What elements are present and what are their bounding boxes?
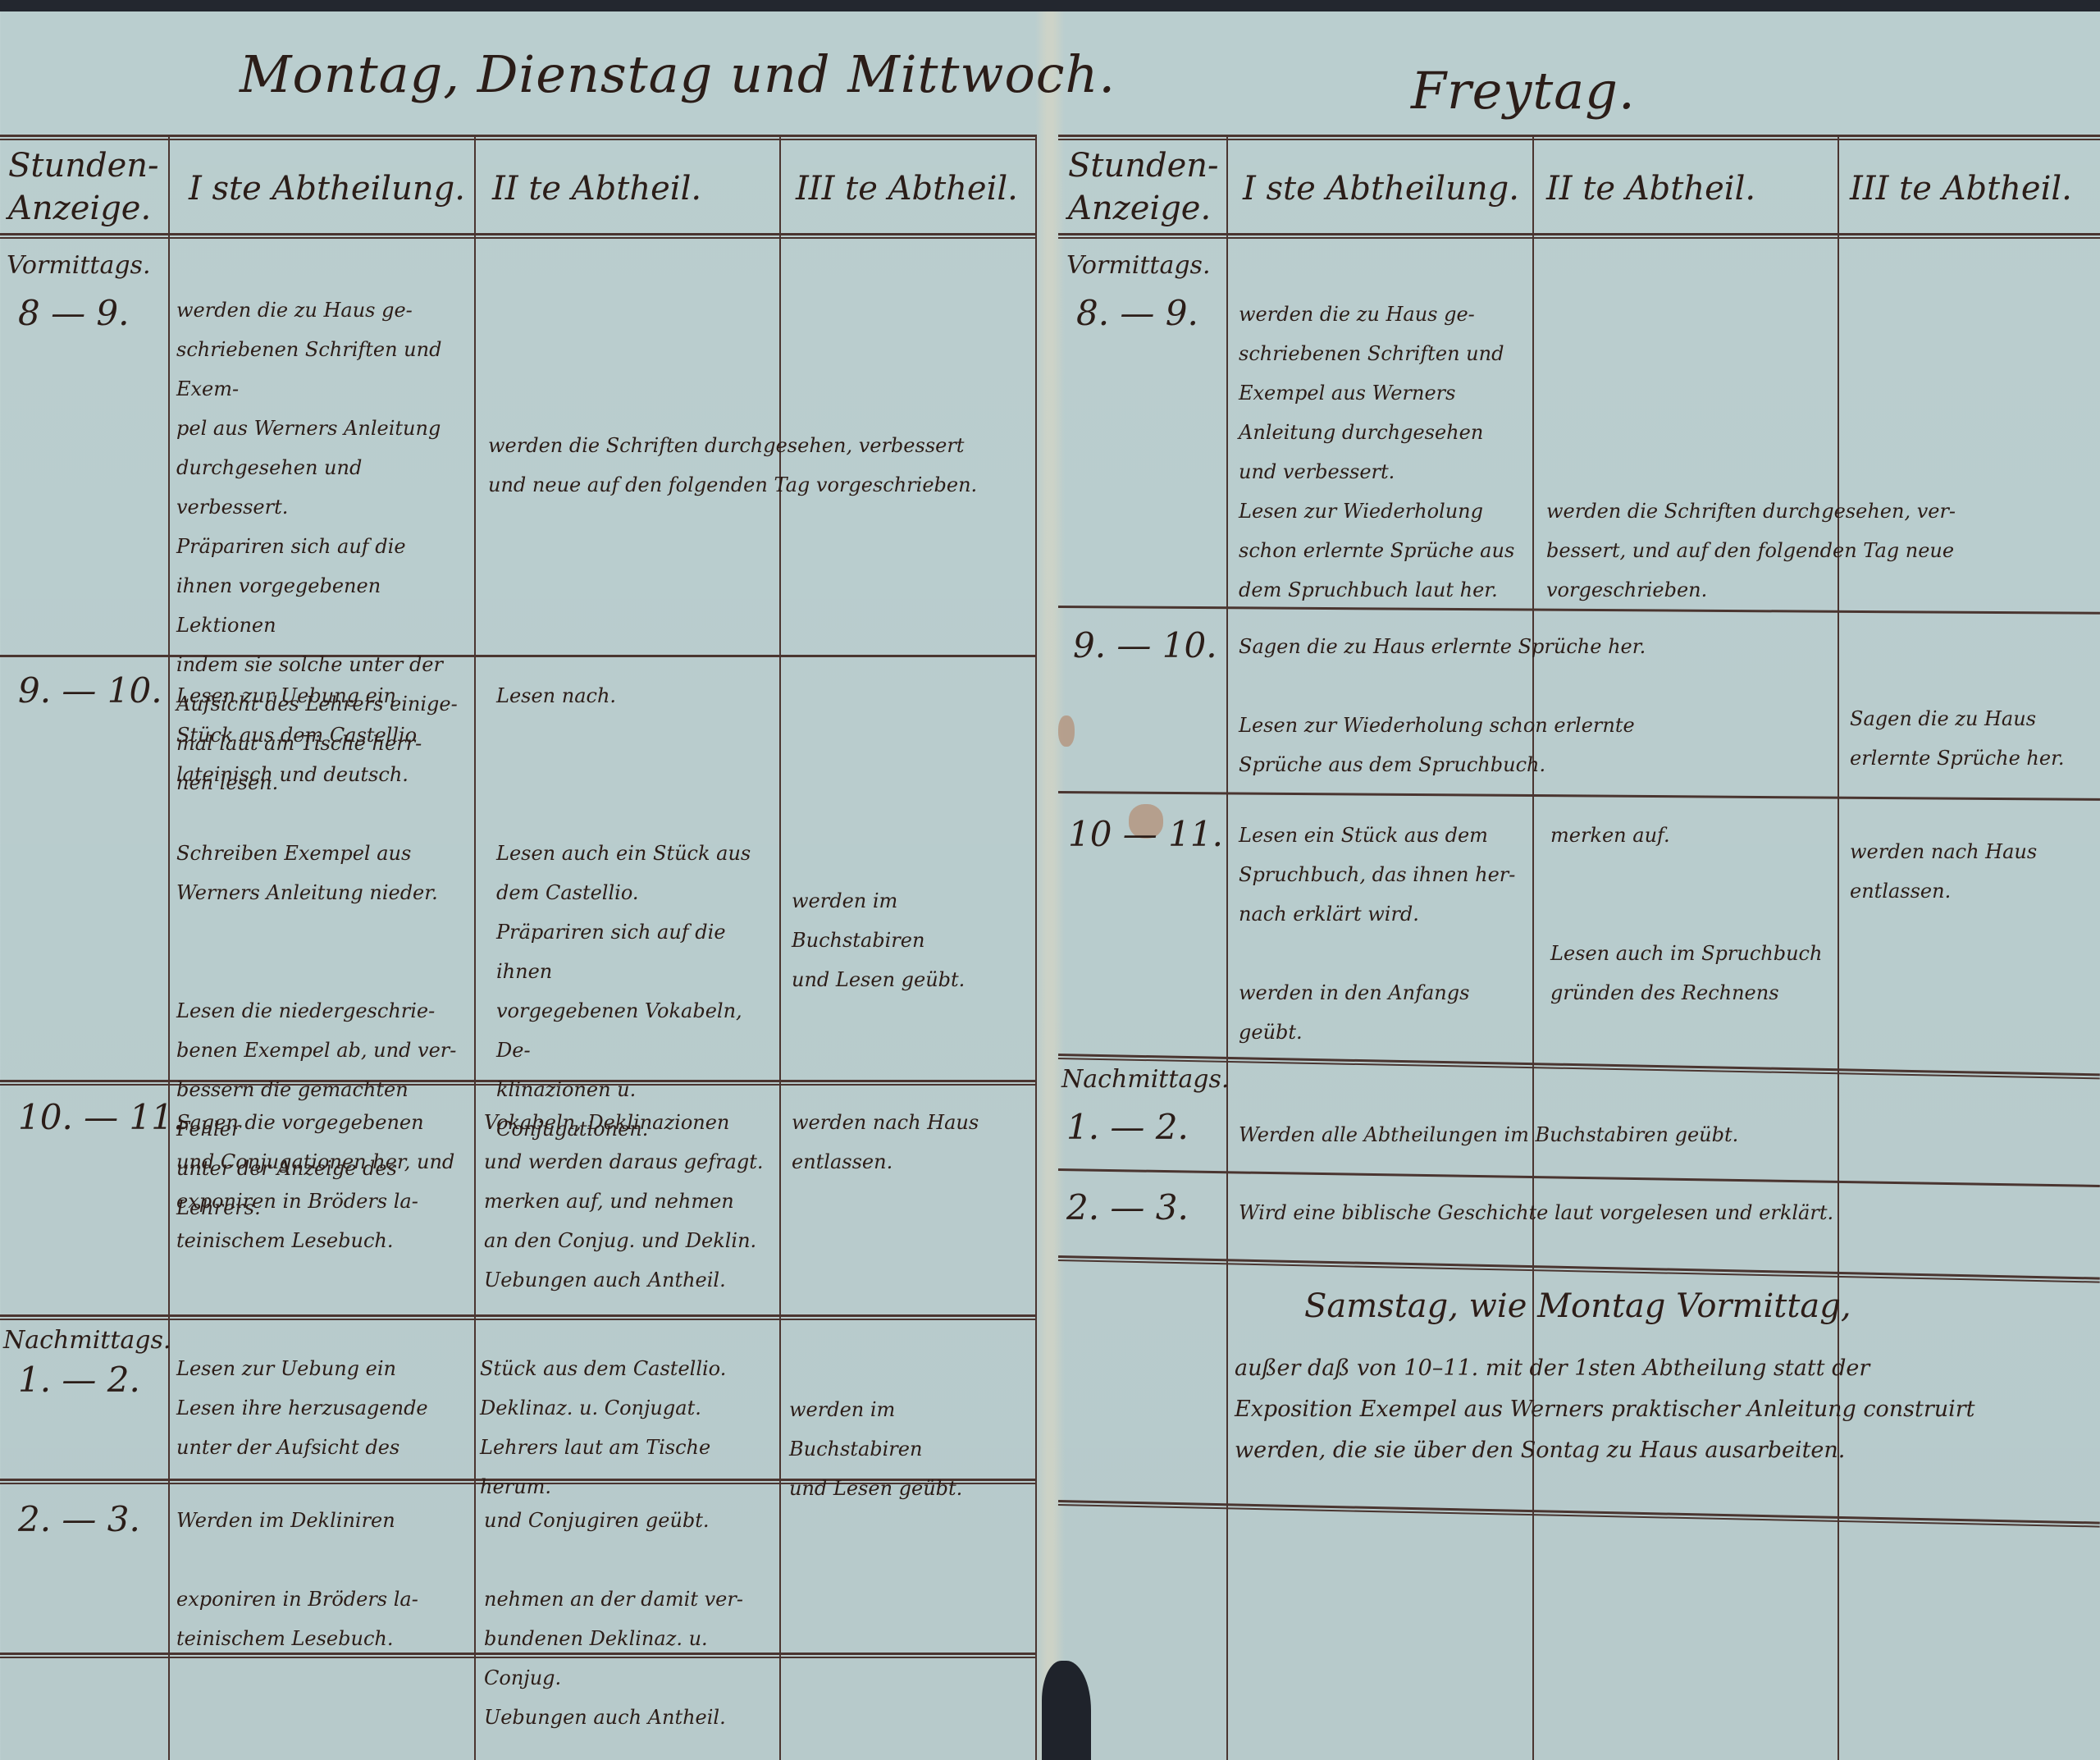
left-page: Montag, Dienstag und Mittwoch. Stunden- … bbox=[0, 11, 1038, 1760]
page-title: Montag, Dienstag und Mittwoch. bbox=[240, 44, 1116, 104]
entry-division-1: Lesen zur Uebung ein Lesen ihre herzusag… bbox=[176, 1349, 472, 1467]
saturday-note-line: Exposition Exempel aus Werners praktisch… bbox=[1235, 1390, 2096, 1429]
entry-division-1: Lesen ein Stück aus dem Spruchbuch, das … bbox=[1239, 816, 1534, 1052]
time-slot: 9. — 10. bbox=[18, 668, 162, 714]
column-rule bbox=[1035, 135, 1037, 1760]
header-bottom-rule bbox=[0, 233, 1035, 239]
time-slot: 10. — 11. bbox=[18, 1095, 184, 1141]
entry-division-2: und Conjugiren geübt. nehmen an der dami… bbox=[484, 1501, 779, 1737]
column-rule bbox=[168, 135, 170, 1760]
header-bottom-rule bbox=[1058, 233, 2100, 239]
right-page: Freytag. Stunden- Anzeige. I ste Abtheil… bbox=[1058, 11, 2100, 1760]
header-division-2: II te Abtheil. bbox=[1546, 167, 1829, 210]
table-top-rule bbox=[0, 135, 1035, 140]
time-slot: 9. — 10. bbox=[1073, 623, 1217, 669]
saturday-note-line: Samstag, wie Montag Vormittag, bbox=[1304, 1283, 1851, 1329]
entry-division-2: merken auf. Lesen auch im Spruchbuch grü… bbox=[1550, 816, 1833, 1013]
entry-division-1: Sagen die zu Haus erlernte Sprüche her. … bbox=[1239, 627, 1829, 784]
header-division-3: III te Abtheil. bbox=[796, 167, 1034, 210]
entry-division-2: werden die Schriften durchgesehen, ver- … bbox=[1546, 295, 2096, 610]
row-rule bbox=[1058, 791, 2100, 801]
header-time: Stunden- Anzeige. bbox=[8, 144, 164, 230]
page-title: Freytag. bbox=[1411, 61, 1636, 121]
time-slot: 1. — 2. bbox=[1066, 1104, 1189, 1150]
period-label: Nachmittags. bbox=[3, 1324, 171, 1357]
period-label: Vormittags. bbox=[1066, 249, 1211, 282]
header-division-1: I ste Abtheilung. bbox=[1243, 167, 1526, 210]
saturday-note-line: werden, die sie über den Sontag zu Haus … bbox=[1235, 1431, 2096, 1470]
row-rule bbox=[0, 1314, 1035, 1320]
saturday-note-line: außer daß von 10–11. mit der 1sten Abthe… bbox=[1235, 1349, 2096, 1388]
time-slot: 2. — 3. bbox=[1066, 1185, 1189, 1231]
entry-division-2: werden die Schriften durchgesehen, verbe… bbox=[488, 426, 1029, 505]
header-division-2: II te Abtheil. bbox=[492, 167, 775, 210]
entry-division-1: werden die zu Haus ge- schriebenen Schri… bbox=[1239, 295, 1534, 610]
column-rule bbox=[779, 135, 781, 1760]
entry-division-2: Vokabeln, Deklinazionen und werden darau… bbox=[484, 1103, 779, 1300]
entry-division-1: Werden im Dekliniren exponiren in Bröder… bbox=[176, 1501, 472, 1658]
entry-division-3: werden nach Haus entlassen. bbox=[1850, 832, 2096, 911]
entry-division-2: Stück aus dem Castellio. Deklinaz. u. Co… bbox=[480, 1349, 779, 1506]
entry-division-3: werden im Buchstabiren und Lesen geübt. bbox=[792, 881, 1029, 999]
time-slot: 10 — 11. bbox=[1068, 811, 1223, 857]
entry-all-divisions: Werden alle Abtheilungen im Buchstabiren… bbox=[1239, 1115, 2092, 1154]
time-slot: 1. — 2. bbox=[18, 1357, 140, 1403]
period-label: Vormittags. bbox=[7, 249, 151, 282]
column-rule bbox=[1226, 135, 1228, 1760]
table-top-rule bbox=[1058, 135, 2100, 140]
column-rule bbox=[474, 135, 476, 1760]
entry-division-3: werden im Buchstabiren und Lesen geübt. bbox=[789, 1390, 1031, 1508]
period-label: Nachmittags. bbox=[1061, 1063, 1229, 1096]
row-rule bbox=[1058, 1168, 2100, 1187]
entry-division-3: Sagen die zu Haus erlernte Sprüche her. bbox=[1850, 660, 2096, 778]
header-division-1: I ste Abtheilung. bbox=[189, 167, 472, 210]
row-rule bbox=[1058, 1500, 2100, 1528]
entry-division-1: Sagen die vorgegebenen und Conjugationen… bbox=[176, 1103, 472, 1260]
entry-division-2: Lesen nach. Lesen auch ein Stück aus dem… bbox=[496, 676, 779, 1149]
time-slot: 8. — 9. bbox=[1076, 290, 1198, 336]
entry-all-divisions: Wird eine biblische Geschichte laut vorg… bbox=[1239, 1193, 2092, 1232]
time-slot: 2. — 3. bbox=[18, 1497, 140, 1543]
header-division-3: III te Abtheil. bbox=[1850, 167, 2096, 210]
row-rule bbox=[1058, 1255, 2100, 1283]
header-time: Stunden- Anzeige. bbox=[1068, 144, 1224, 230]
row-rule bbox=[0, 655, 1035, 657]
time-slot: 8 — 9. bbox=[18, 290, 130, 336]
document-spread: Montag, Dienstag und Mittwoch. Stunden- … bbox=[0, 11, 2100, 1760]
entry-division-3: werden nach Haus entlassen. bbox=[792, 1103, 1029, 1182]
